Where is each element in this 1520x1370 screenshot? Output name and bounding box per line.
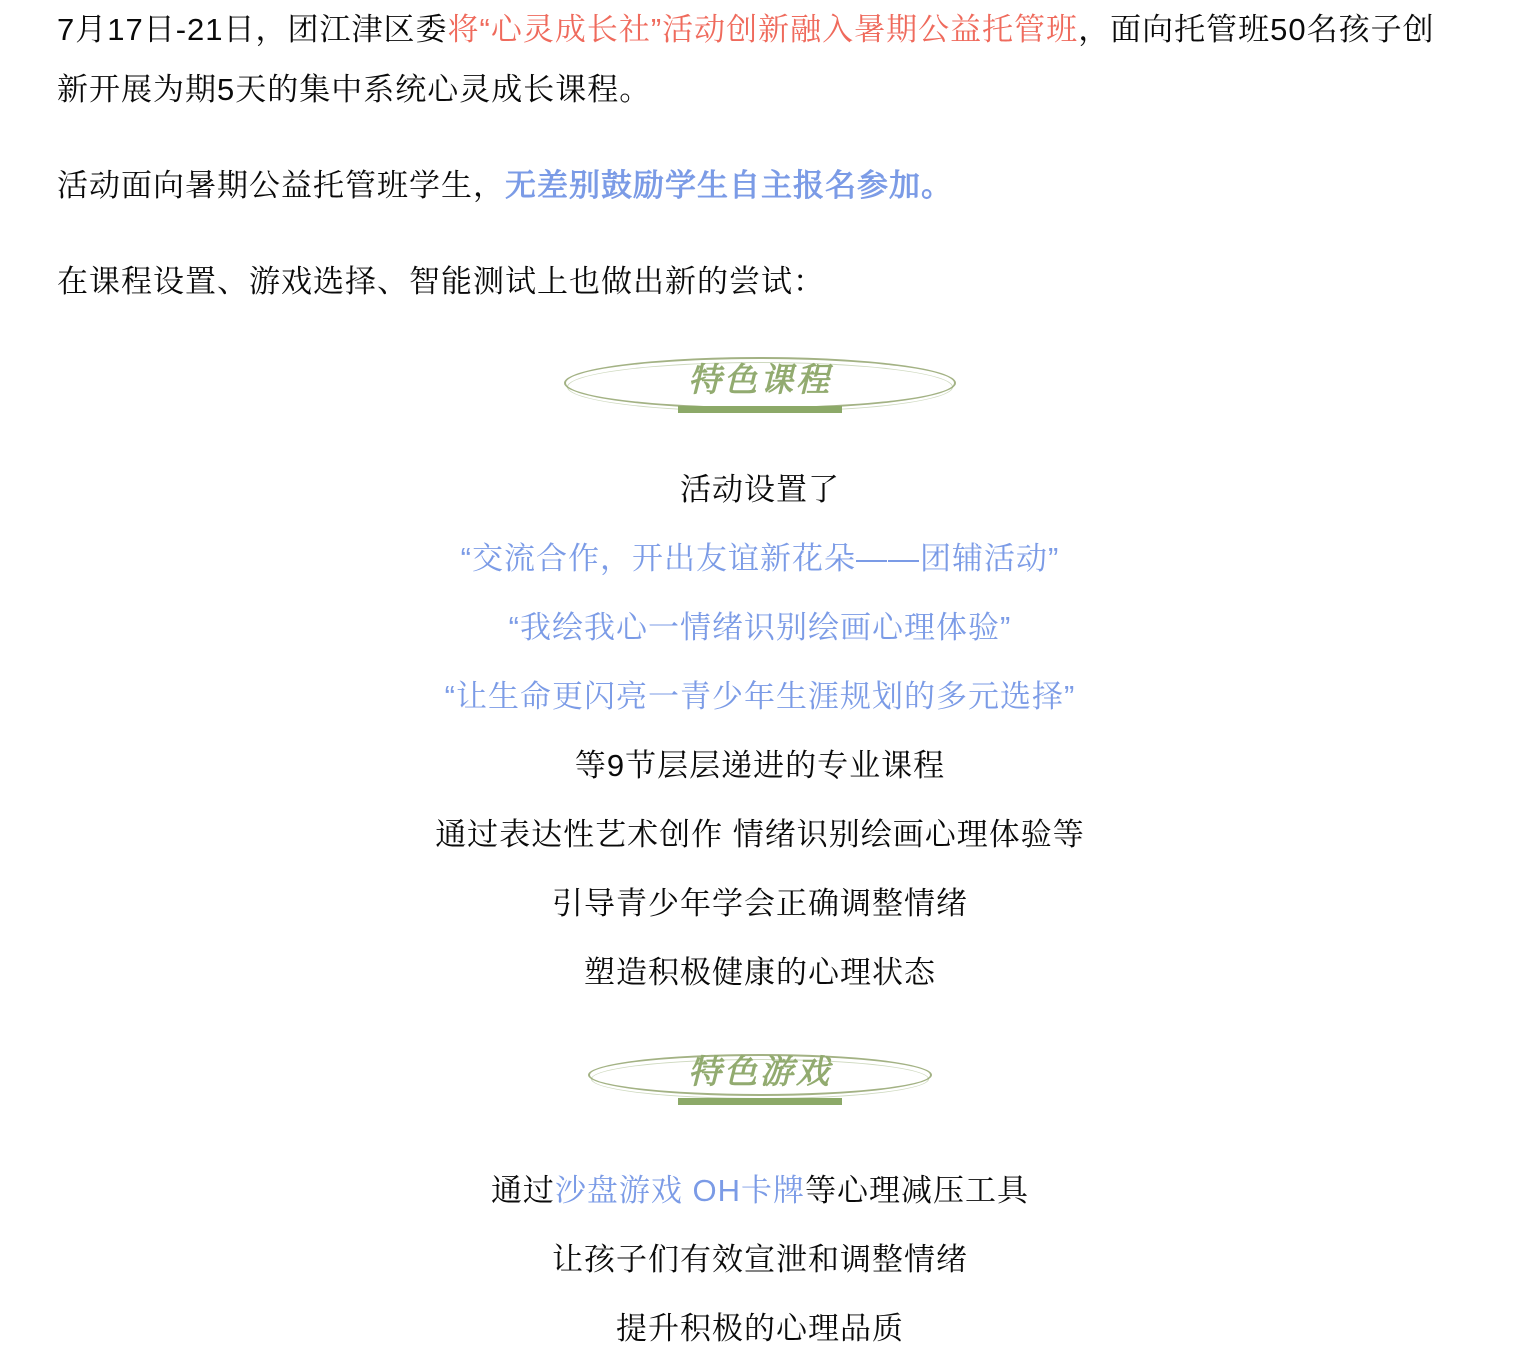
games-line-3: 提升积极的心理品质	[57, 1309, 1463, 1349]
section-badge-courses: 特色课程	[564, 357, 956, 409]
badge-label-courses: 特色课程	[678, 354, 842, 413]
article-body: 7月17日-21日，团江津区委将“心灵成长社”活动创新融入暑期公益托管班，面向托…	[0, 0, 1520, 1349]
paragraph-lead-in: 在课程设置、游戏选择、智能测试上也做出新的尝试：	[57, 252, 1463, 312]
games-tools-highlight-blue: 沙盘游戏 OH卡牌	[555, 1173, 805, 1208]
intro-text-start: 7月17日-21日，团江津区委	[57, 12, 448, 47]
courses-line-summary-2: 通过表达性艺术创作 情绪识别绘画心理体验等	[57, 815, 1463, 855]
courses-line-intro: 活动设置了	[57, 470, 1463, 510]
signup-text-start: 活动面向暑期公益托管班学生，	[57, 168, 505, 203]
section-badge-games: 特色游戏	[588, 1054, 932, 1096]
paragraph-intro: 7月17日-21日，团江津区委将“心灵成长社”活动创新融入暑期公益托管班，面向托…	[57, 0, 1463, 120]
badge-label-games: 特色游戏	[678, 1046, 842, 1105]
intro-highlight-red: 将“心灵成长社”活动创新融入暑期公益托管班	[448, 12, 1079, 47]
courses-section: 活动设置了 “交流合作，开出友谊新花朵——团辅活动” “我绘我心一情绪识别绘画心…	[57, 470, 1463, 993]
courses-line-summary-4: 塑造积极健康的心理状态	[57, 953, 1463, 993]
courses-line-quote-3: “让生命更闪亮一青少年生涯规划的多元选择”	[57, 677, 1463, 717]
courses-line-quote-1: “交流合作，开出友谊新花朵——团辅活动”	[57, 539, 1463, 579]
games-line-2: 让孩子们有效宣泄和调整情绪	[57, 1240, 1463, 1280]
games-tools-end: 等心理减压工具	[805, 1173, 1029, 1208]
paragraph-signup: 活动面向暑期公益托管班学生，无差别鼓励学生自主报名参加。	[57, 156, 1463, 216]
games-tools-start: 通过	[491, 1173, 555, 1208]
courses-line-quote-2: “我绘我心一情绪识别绘画心理体验”	[57, 608, 1463, 648]
courses-line-summary-1: 等9节层层递进的专业课程	[57, 746, 1463, 786]
signup-highlight-blue: 无差别鼓励学生自主报名参加。	[505, 168, 953, 203]
games-section: 通过沙盘游戏 OH卡牌等心理减压工具 让孩子们有效宣泄和调整情绪 提升积极的心理…	[57, 1171, 1463, 1349]
games-line-tools: 通过沙盘游戏 OH卡牌等心理减压工具	[57, 1171, 1463, 1211]
courses-line-summary-3: 引导青少年学会正确调整情绪	[57, 884, 1463, 924]
